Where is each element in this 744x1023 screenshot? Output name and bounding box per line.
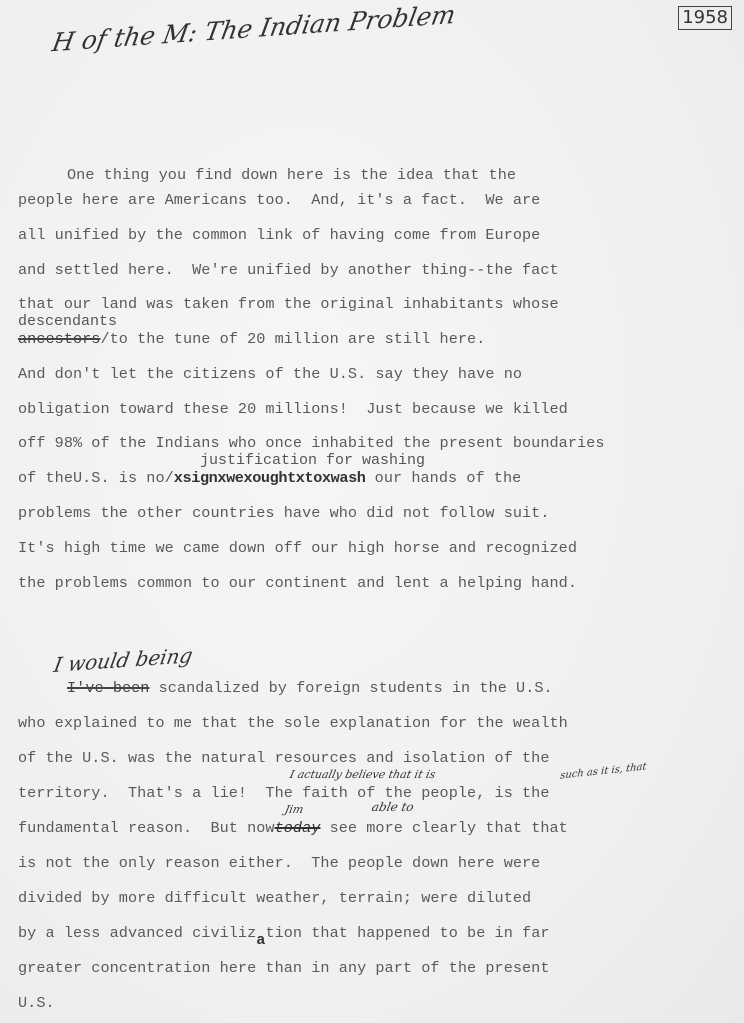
text-line-justification: of theU.S. is no/xsignxwexoughtxtoxwash … [18, 469, 521, 487]
text-fragment: fundamental reason. But now [18, 819, 275, 837]
text-line: obligation toward these 20 millions! Jus… [18, 400, 568, 418]
text-fragment: see more clearly that that [320, 819, 567, 837]
text-line: who explained to me that the sole explan… [18, 714, 568, 732]
text-fragment: our hands of the [366, 469, 522, 487]
text-line: problems the other countries have who di… [18, 504, 550, 522]
text-line: and settled here. We're unified by anoth… [18, 261, 559, 279]
year-stamp: 1958 [678, 6, 732, 30]
text-line: divided by more difficult weather, terra… [18, 889, 531, 907]
struck-word: ancestors [18, 330, 100, 348]
struck-xed-phrase: xsignxwexoughtxtoxwash [174, 469, 366, 487]
inserted-letter: a [256, 931, 265, 949]
handwritten-insertion: I would being [52, 643, 195, 677]
text-line: that our land was taken from the origina… [18, 295, 559, 313]
text-fragment: scandalized by foreign students in the U… [149, 679, 552, 697]
text-line-ancestors: ancestors/to the tune of 20 million are … [18, 330, 485, 348]
text-line-civilization: by a less advanced civilization that hap… [18, 924, 550, 942]
text-fragment: by a less advanced civiliz [18, 924, 256, 942]
text-fragment: of theU.S. is no/ [18, 469, 174, 487]
text-line: It's high time we came down off our high… [18, 539, 577, 557]
text-line: One thing you find down here is the idea… [67, 166, 516, 184]
handwritten-note: such as it is, that [560, 761, 647, 781]
text-fragment: tion that happened to be in far [265, 924, 549, 942]
text-fragment: /to the tune of 20 million are still her… [100, 330, 485, 348]
text-line: people here are Americans too. And, it's… [18, 191, 540, 209]
text-line: the problems common to our continent and… [18, 574, 577, 592]
text-line: And don't let the citizens of the U.S. s… [18, 365, 522, 383]
struck-word: today [275, 819, 321, 837]
text-line: of the U.S. was the natural resources an… [18, 749, 550, 767]
text-line-now: fundamental reason. But nowtoday see mor… [18, 819, 568, 837]
typed-insertion-descendants: descendants [18, 313, 117, 330]
handwritten-note: Jim [284, 803, 305, 816]
typed-insertion-justification: justification for washing [200, 452, 425, 469]
handwritten-note: I actually believe that it is [289, 768, 437, 781]
handwritten-note: able to [371, 800, 416, 814]
struck-phrase: I've been [67, 679, 149, 697]
text-line: is not the only reason either. The peopl… [18, 854, 540, 872]
text-line: greater concentration here than in any p… [18, 959, 550, 977]
text-line: U.S. [18, 994, 55, 1012]
text-line: all unified by the common link of having… [18, 226, 540, 244]
document-page: H of the M: The Indian Problem 1958 One … [0, 0, 744, 1023]
handwritten-title: H of the M: The Indian Problem [50, 0, 458, 57]
text-line: off 98% of the Indians who once inhabite… [18, 434, 605, 452]
text-line: territory. That's a lie! The faith of th… [18, 784, 550, 802]
text-line-scandalized: I've been scandalized by foreign student… [67, 679, 553, 697]
